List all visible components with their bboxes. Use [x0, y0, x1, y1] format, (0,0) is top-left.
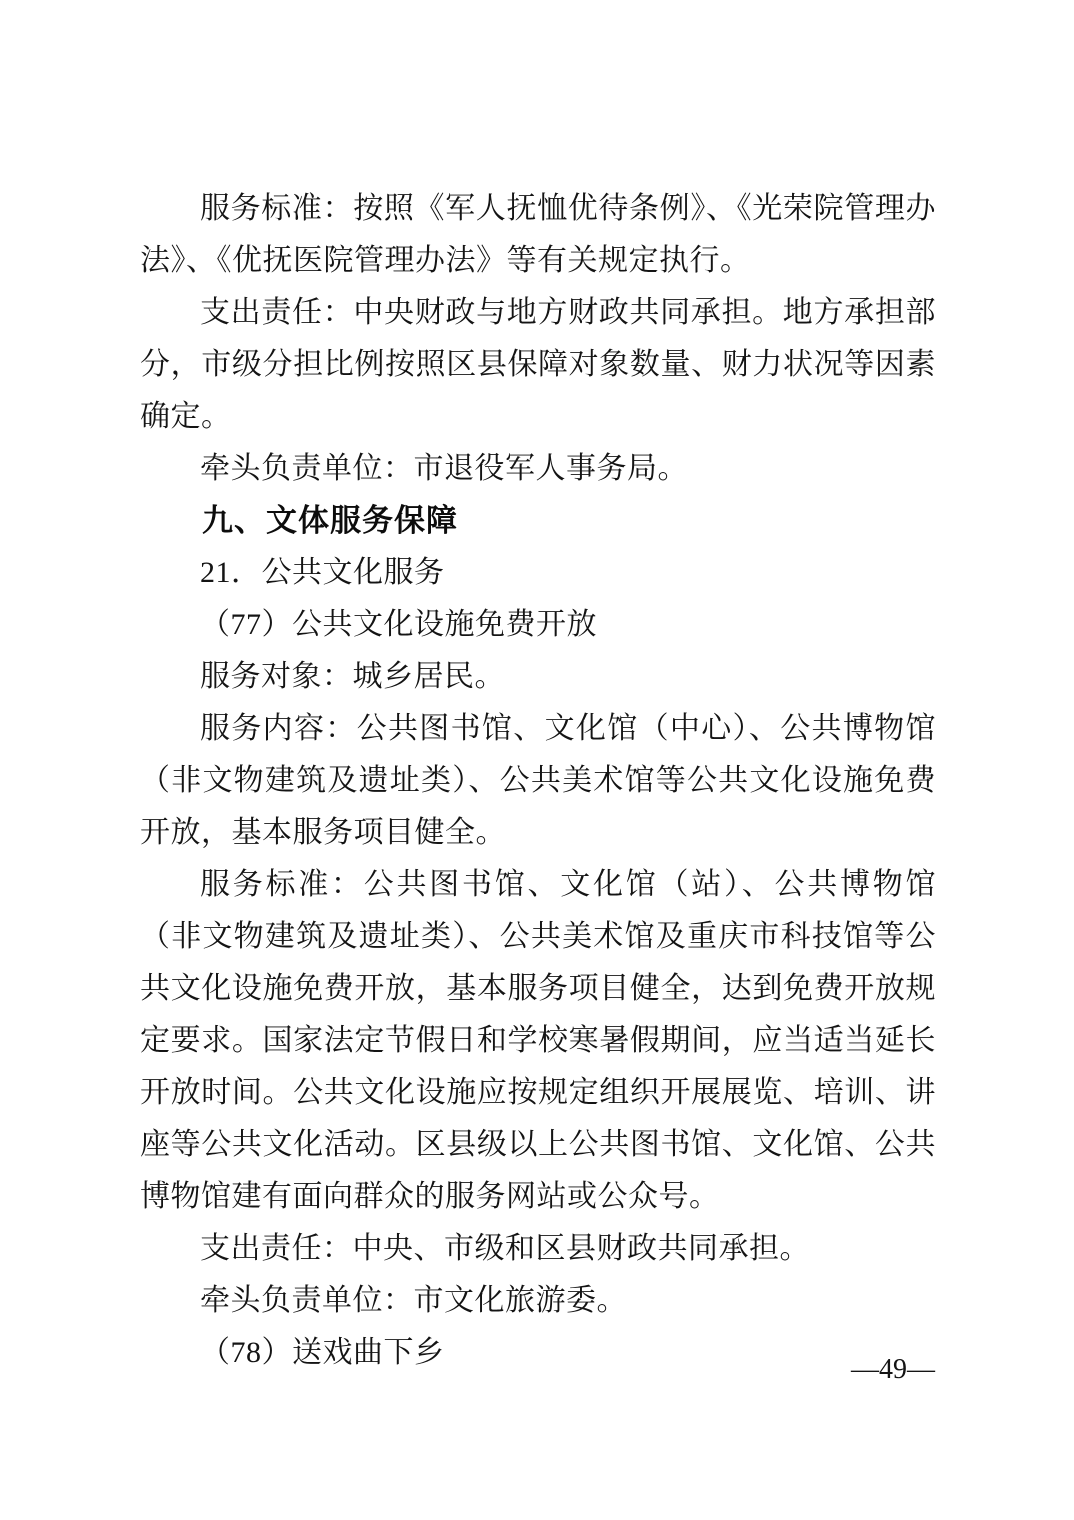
para-expenditure-responsibility-veterans: 支出责任：中央财政与地方财政共同承担。地方承担部分，市级分担比例按照区县保障对象… [140, 287, 936, 443]
page-number: —49— [851, 1348, 935, 1392]
document-content: 服务标准：按照《军人抚恤优待条例》、《光荣院管理办法》、《优抚医院管理办法》等有… [140, 183, 936, 1379]
document-page: 服务标准：按照《军人抚恤优待条例》、《光荣院管理办法》、《优抚医院管理办法》等有… [0, 0, 1074, 1520]
para-service-standard-veterans: 服务标准：按照《军人抚恤优待条例》、《光荣院管理办法》、《优抚医院管理办法》等有… [140, 183, 936, 287]
para-item-21-public-culture-service: 21．公共文化服务 [140, 547, 936, 599]
para-service-target: 服务对象：城乡居民。 [140, 651, 936, 703]
para-item-77-free-opening-facilities: （77）公共文化设施免费开放 [140, 599, 936, 651]
para-expenditure-responsibility: 支出责任：中央、市级和区县财政共同承担。 [140, 1223, 936, 1275]
para-item-78-opera-to-countryside: （78）送戏曲下乡 [140, 1327, 936, 1379]
para-lead-unit-culture-tourism: 牵头负责单位：市文化旅游委。 [140, 1275, 936, 1327]
heading-section-nine-culture-sports: 九、文体服务保障 [140, 495, 936, 547]
para-service-standard: 服务标准：公共图书馆、文化馆（站）、公共博物馆（非文物建筑及遗址类）、公共美术馆… [140, 859, 936, 1223]
para-lead-unit-veterans-affairs: 牵头负责单位：市退役军人事务局。 [140, 443, 936, 495]
para-service-content: 服务内容：公共图书馆、文化馆（中心）、公共博物馆（非文物建筑及遗址类）、公共美术… [140, 703, 936, 859]
